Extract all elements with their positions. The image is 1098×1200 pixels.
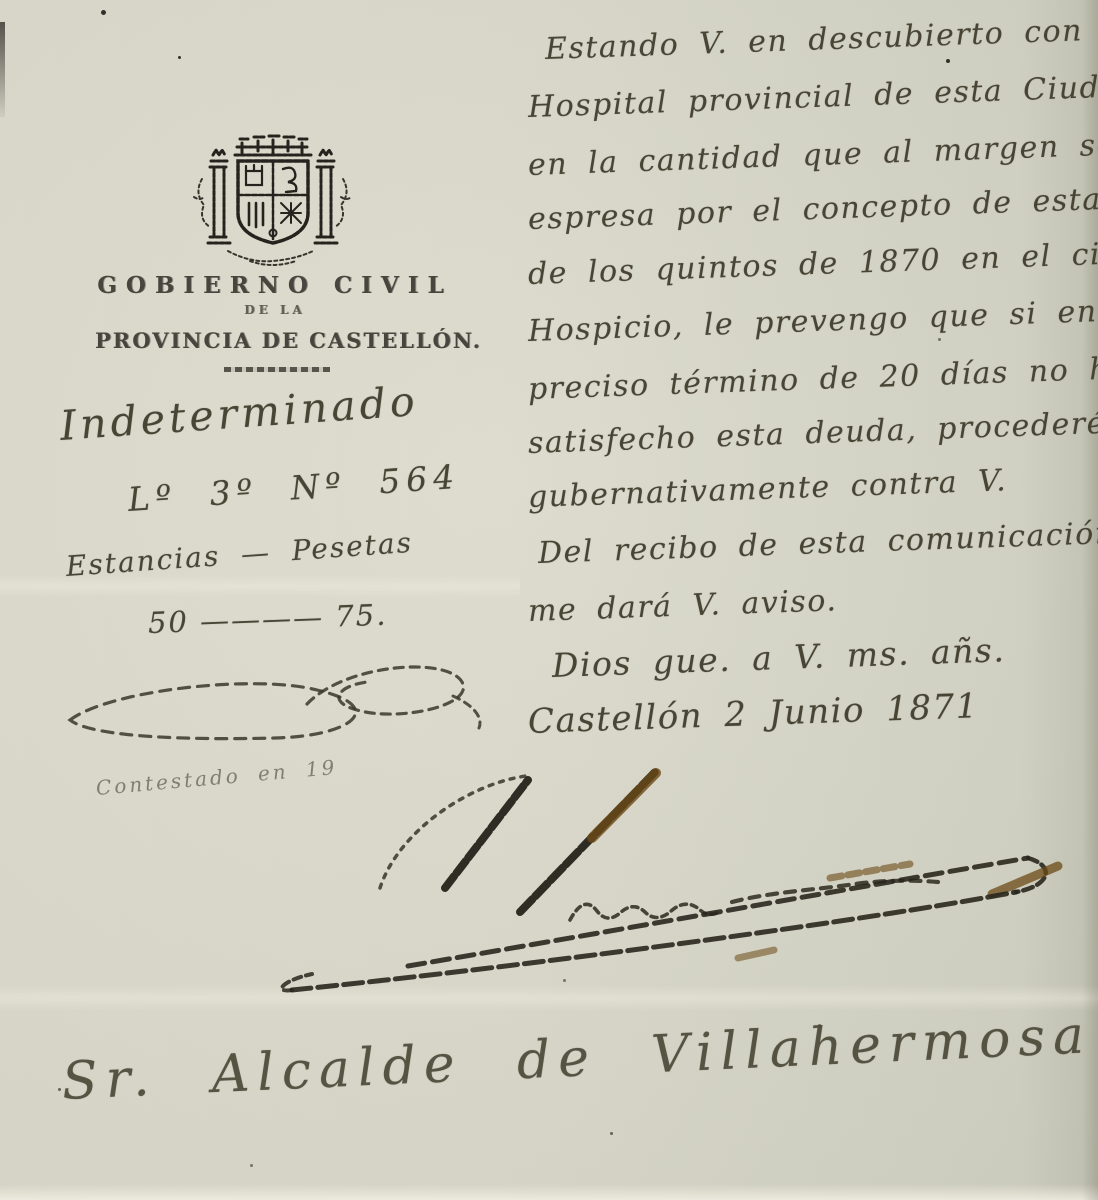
addressee-line: Sr. Alcalde de Villahermosa	[61, 1005, 1094, 1112]
body-line: gubernativamente contra V.	[527, 463, 1007, 515]
body-line: de los quintos de 1870 en el citado	[527, 234, 1098, 292]
letterhead-province-name: PROVINCIA DE CASTELLÓN.	[95, 328, 455, 353]
body-line: en la cantidad que al margen se	[527, 127, 1098, 183]
body-line: Del recibo de esta comunicación	[537, 516, 1098, 571]
body-line: Hospicio, le prevengo que si en el	[527, 292, 1098, 349]
ink-speck	[946, 59, 950, 63]
body-closing-line: Dios gue. a V. ms. añs.	[551, 630, 1006, 685]
signature-flourish	[270, 760, 1070, 995]
ink-speck	[58, 1088, 61, 1091]
body-line: me dará V. aviso.	[527, 583, 838, 629]
letterhead-of-line: DE LA	[95, 303, 455, 317]
body-line: espresa por el concepto de estancias	[527, 179, 1098, 237]
letterhead-underline	[224, 367, 330, 372]
ink-speck	[610, 1132, 613, 1135]
body-line: Estando V. en descubierto con el	[544, 11, 1098, 67]
margin-note-units: Estancias — Pesetas	[65, 526, 414, 583]
margin-note-subject: Indeterminado	[58, 377, 420, 450]
paper-bottom-edge	[0, 1184, 1098, 1200]
rubric-flourish	[55, 648, 485, 773]
paper-left-edge-mark	[0, 22, 5, 117]
margin-note-amount: 50 ———— 75.	[147, 598, 388, 640]
ink-speck	[938, 338, 941, 341]
ink-speck	[178, 56, 181, 59]
body-dateline: Castellón 2 Junio 1871	[527, 686, 979, 742]
ink-speck	[250, 1164, 253, 1167]
scanned-letter-page: GOBIERNO CIVIL DE LA PROVINCIA DE CASTEL…	[0, 0, 1098, 1200]
letterhead-org-name: GOBIERNO CIVIL	[95, 272, 455, 299]
ink-speck	[101, 10, 106, 15]
margin-note-register: Lº 3º Nº 564	[127, 457, 462, 519]
body-line: satisfecho esta deuda, procederé —	[527, 404, 1098, 461]
body-line: preciso término de 20 días no ha	[527, 351, 1098, 407]
coat-of-arms-icon	[180, 133, 365, 269]
body-line: Hospital provincial de esta Ciudad	[527, 69, 1098, 125]
